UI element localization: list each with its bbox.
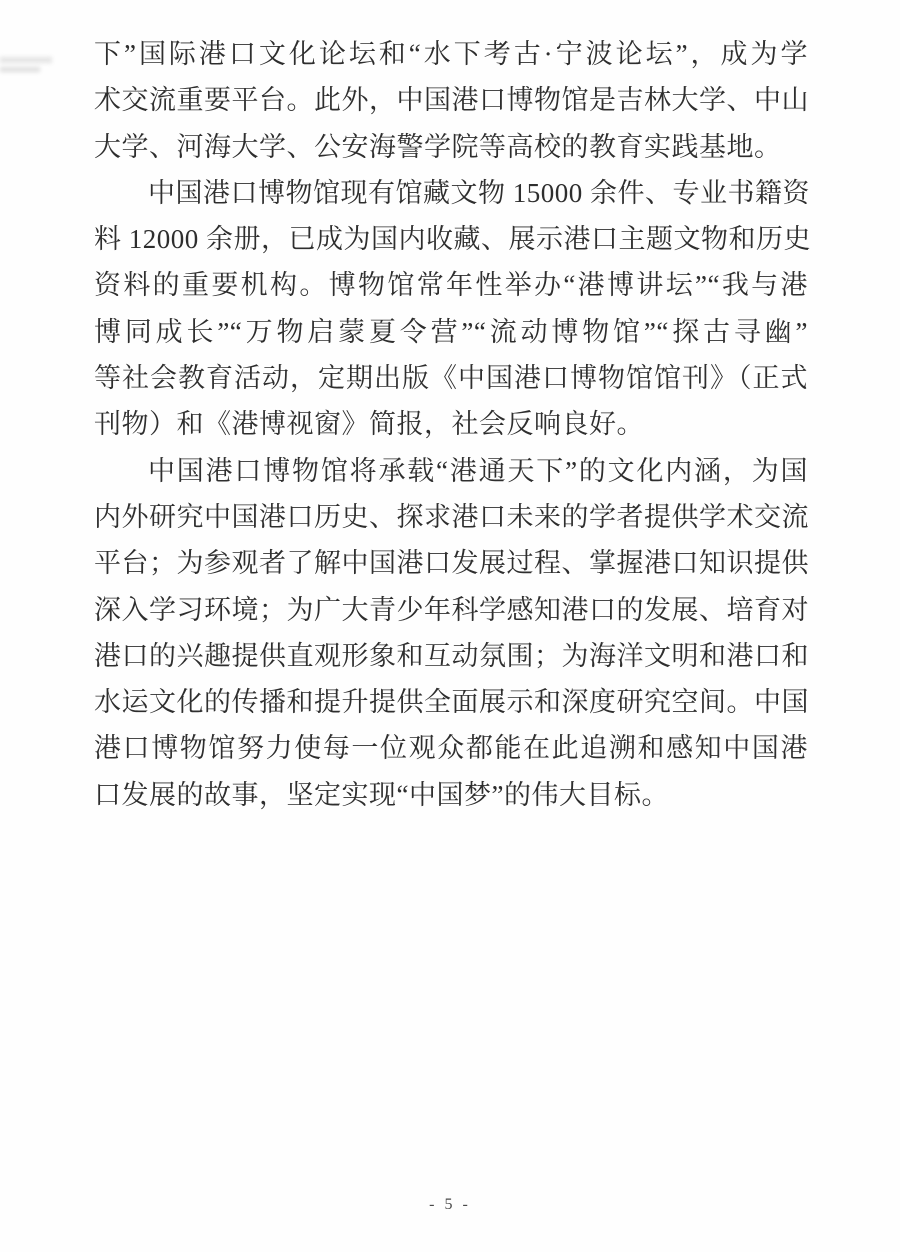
text-line: 口发展的故事，坚定实现“中国梦”的伟大目标。 [94,772,808,818]
text-line: 料 12000 余册，已成为国内收藏、展示港口主题文物和历史 [94,216,808,262]
text-line: 刊物）和《港博视窗》简报，社会反响良好。 [94,401,808,447]
text-line: 港口博物馆努力使每一位观众都能在此追溯和感知中国港 [94,725,808,771]
paragraph: 中国港口博物馆现有馆藏文物 15000 余件、专业书籍资 料 12000 余册，… [94,170,808,448]
text-line: 博同成长”“万物启蒙夏令营”“流动博物馆”“探古寻幽” [94,309,808,355]
text-line: 内外研究中国港口历史、探求港口未来的学者提供学术交流 [94,494,808,540]
text-line: 等社会教育活动，定期出版《中国港口博物馆馆刊》（正式 [94,355,808,401]
scan-smudge [0,67,40,72]
text-line: 深入学习环境；为广大青少年科学感知港口的发展、培育对 [94,587,808,633]
text-line: 港口的兴趣提供直观形象和互动氛围；为海洋文明和港口和 [94,633,808,679]
text-line: 下”国际港口文化论坛和“水下考古·宁波论坛”，成为学 [94,31,808,77]
text-line: 中国港口博物馆将承载“港通天下”的文化内涵，为国 [94,448,808,494]
text-line: 平台；为参观者了解中国港口发展过程、掌握港口知识提供 [94,540,808,586]
page-number: - 5 - [0,1196,900,1214]
text-line: 水运文化的传播和提升提供全面展示和深度研究空间。中国 [94,679,808,725]
document-page: 下”国际港口文化论坛和“水下考古·宁波论坛”，成为学 术交流重要平台。此外，中国… [0,0,900,1252]
text-line: 术交流重要平台。此外，中国港口博物馆是吉林大学、中山 [94,77,808,123]
text-line: 中国港口博物馆现有馆藏文物 15000 余件、专业书籍资 [94,170,808,216]
paragraph: 中国港口博物馆将承载“港通天下”的文化内涵，为国 内外研究中国港口历史、探求港口… [94,448,808,818]
scan-smudge [0,57,52,63]
text-line: 资料的重要机构。博物馆常年性举办“港博讲坛”“我与港 [94,262,808,308]
text-line: 大学、河海大学、公安海警学院等高校的教育实践基地。 [94,124,808,170]
page-body-text: 下”国际港口文化论坛和“水下考古·宁波论坛”，成为学 术交流重要平台。此外，中国… [94,31,808,818]
paragraph: 下”国际港口文化论坛和“水下考古·宁波论坛”，成为学 术交流重要平台。此外，中国… [94,31,808,170]
